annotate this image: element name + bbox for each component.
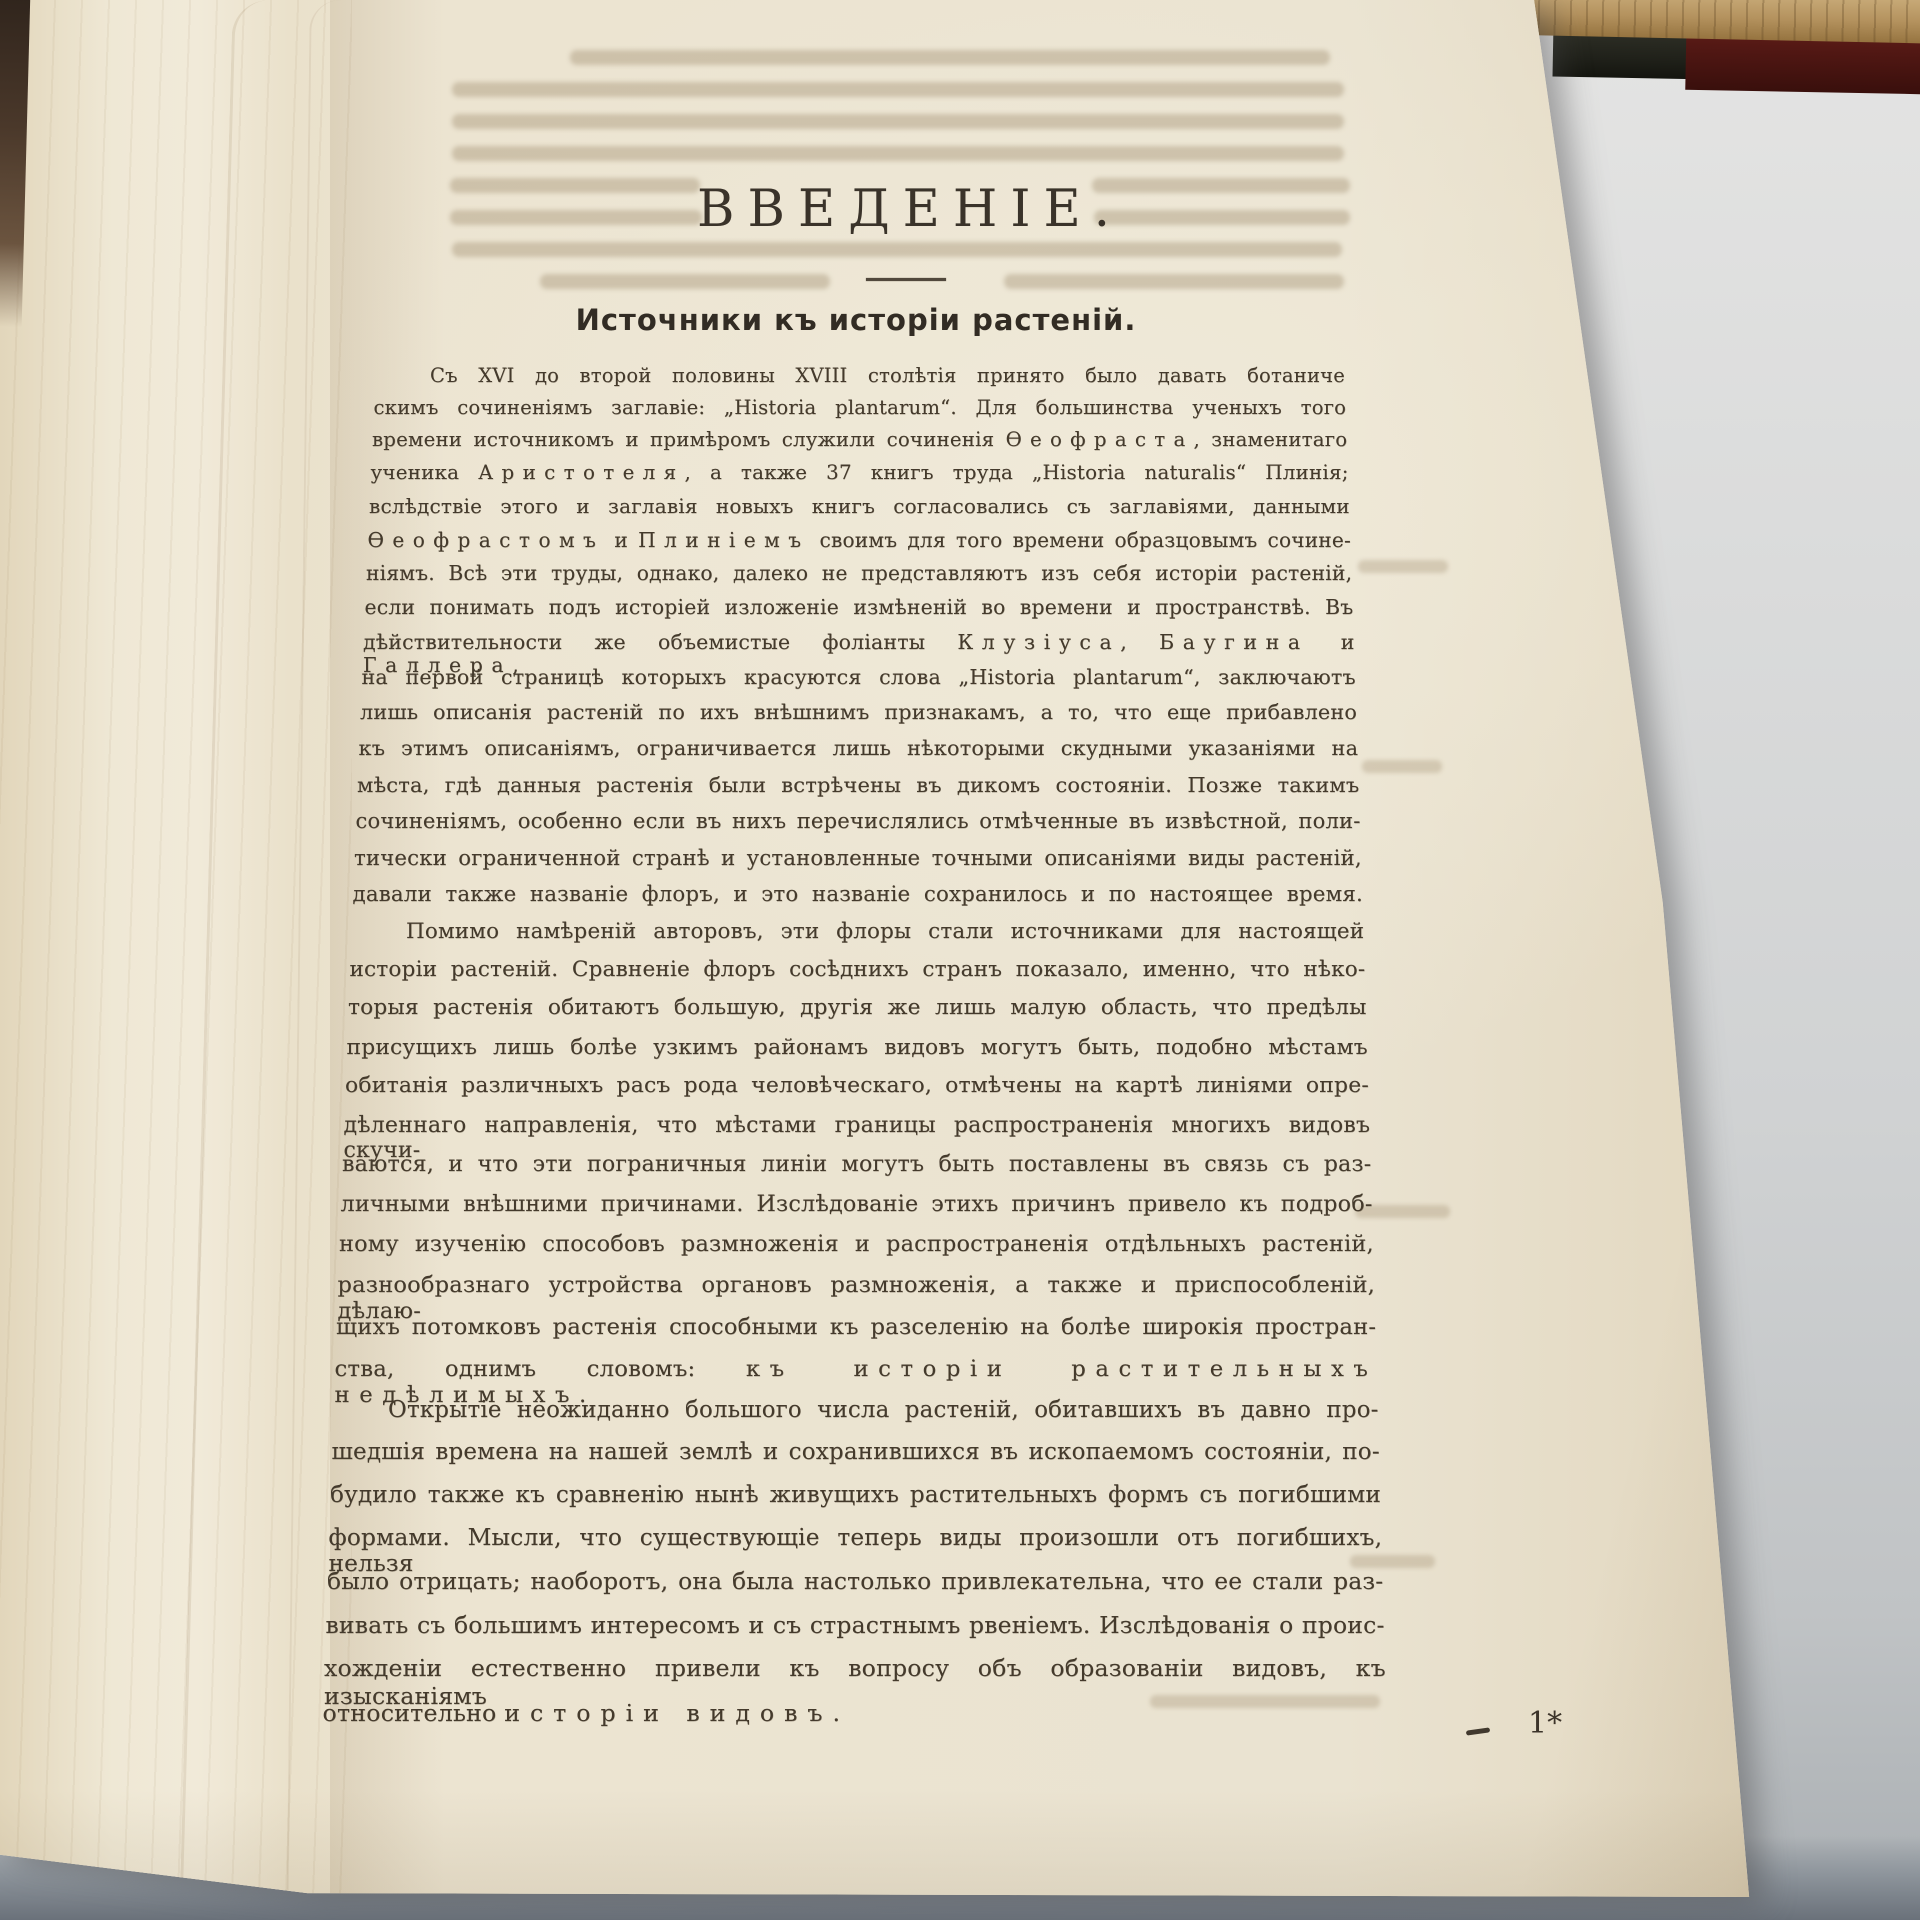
photo-of-open-book: ВВЕДЕНІЕ. Источники къ исторіи растеній.… [0,0,1920,1920]
text-line: шедшія времена на нашей землѣ и сохранив… [332,1439,1380,1465]
text-segment: и [604,528,638,552]
text-segment: обитанія различныхъ расъ рода человѣческ… [345,1073,1369,1098]
text-segment: ніямъ. Всѣ эти труды, однако, далеко не … [366,561,1352,585]
letterspaced-text: Клузіуса [957,630,1120,654]
text-line: если понимать подъ исторіей изложеніе из… [365,596,1354,619]
text-segment: тически ограниченной странѣ и установлен… [354,845,1362,870]
text-segment: и [1309,630,1355,654]
text-line: торыя растенія обитаютъ большую, другія … [348,996,1367,1021]
text-line: Ѳеофрастомъ и Плиніемъ своимъ для того в… [368,529,1352,552]
text-segment: шедшія времена на нашей землѣ и сохранив… [332,1439,1380,1465]
text-segment: лишь описанія растеній по ихъ внѣшнимъ п… [360,700,1357,724]
text-line: ніямъ. Всѣ эти труды, однако, далеко не … [366,562,1352,585]
text-line: относительно исторіи видовъ. [323,1700,1388,1727]
text-segment: на первой страницѣ которыхъ красуются сл… [362,665,1356,689]
text-line: скимъ сочиненіямъ заглавіе: „Historia pl… [374,397,1347,420]
text-line: ному изученію способовъ размноженія и ра… [339,1232,1374,1258]
text-segment: давали также названіе флоръ, и это назва… [353,882,1364,907]
text-line: исторіи растеній. Сравненіе флоръ сосѣдн… [350,958,1366,983]
text-line: будило также къ сравненію нынѣ живущихъ … [330,1482,1381,1509]
text-segment: относительно [323,1699,505,1727]
signature-mark: 1* [1528,1706,1562,1741]
letterspaced-text: исторіи видовъ [504,1699,832,1727]
text-segment: вивать съ большимъ интересомъ и съ страс… [326,1611,1385,1639]
text-line: вивать съ большимъ интересомъ и съ страс… [326,1612,1385,1639]
text-line: тически ограниченной странѣ и установлен… [354,846,1362,870]
text-line: Помимо намѣреній авторовъ, эти флоры ста… [351,920,1364,945]
text-segment: сочиненіямъ, особенно если въ нихъ переч… [356,808,1361,833]
letterspaced-text: Плиніемъ [638,528,809,552]
text-line: на первой страницѣ которыхъ красуются сл… [362,666,1356,690]
text-line: лишь описанія растеній по ихъ внѣшнимъ п… [360,701,1357,725]
text-line: ученика Аристотеля, а также 37 книгъ тру… [371,462,1349,485]
text-line: сочиненіямъ, особенно если въ нихъ переч… [356,809,1361,833]
text-block: Съ XVI до второй половины XVIII столѣтія… [0,0,1920,1920]
text-line: вслѣдствіе этого и заглавія новыхъ книгъ… [369,495,1350,518]
text-segment: вслѣдствіе этого и заглавія новыхъ книгъ… [369,494,1350,518]
text-segment: Помимо намѣреній авторовъ, эти флоры ста… [406,919,1364,944]
text-segment: скимъ сочиненіямъ заглавіе: „Historia pl… [374,396,1347,419]
text-segment: своимъ для того времени образцовымъ сочи… [809,528,1351,552]
text-line: было отрицать; наоборотъ, она была насто… [327,1568,1383,1595]
text-line: времени источникомъ и примѣромъ служили … [372,429,1347,452]
text-segment: , а также 37 книгъ труда „Historia natur… [685,461,1349,484]
text-segment: ваются, и что эти пограничныя линіи могу… [342,1151,1371,1177]
text-segment: щихъ потомковъ растенія способными къ ра… [336,1314,1376,1340]
text-segment: будило также къ сравненію нынѣ живущихъ … [330,1482,1381,1508]
text-line: къ этимъ описаніямъ, ограничивается лишь… [359,737,1359,761]
text-line: давали также названіе флоръ, и это назва… [353,883,1364,907]
text-segment: дѣйствительности же объемистые фоліанты [363,630,957,654]
book-page: ВВЕДЕНІЕ. Источники къ исторіи растеній.… [0,0,1920,1920]
text-segment: исторіи растеній. Сравненіе флоръ сосѣдн… [350,957,1366,982]
text-line: обитанія различныхъ расъ рода человѣческ… [345,1073,1369,1098]
text-line: Съ XVI до второй половины XVIII столѣтія… [375,365,1345,387]
text-segment: было отрицать; наоборотъ, она была насто… [327,1567,1383,1595]
text-segment: если понимать подъ исторіей изложеніе из… [365,595,1354,619]
text-segment: ученика [371,461,479,484]
text-line: личными внѣшними причинами. Изслѣдованіе… [341,1192,1373,1218]
text-segment: ства, однимъ словомъ: [335,1356,746,1382]
text-segment: , [1120,630,1159,654]
letterspaced-text: Баугина [1159,630,1309,654]
letterspaced-text: Аристотеля [478,461,684,484]
text-segment: торыя растенія обитаютъ большую, другія … [348,995,1367,1020]
text-line: ваются, и что эти пограничныя линіи могу… [342,1152,1371,1177]
letterspaced-text: Ѳеофраста [1006,428,1194,451]
text-segment: личными внѣшними причинами. Изслѣдованіе… [341,1191,1373,1217]
text-line: щихъ потомковъ растенія способными къ ра… [336,1314,1376,1340]
letterspaced-text: Ѳеофрастомъ [368,528,605,552]
text-segment: присущихъ лишь болѣе узкимъ районамъ вид… [347,1035,1368,1060]
text-segment: къ этимъ описаніямъ, ограничивается лишь… [359,736,1359,760]
text-line: Открытіе неожиданно большого числа расте… [333,1397,1379,1423]
text-segment: времени источникомъ и примѣромъ служили … [372,428,1006,451]
text-segment: . [832,1699,840,1727]
text-segment: , знаменитаго [1194,428,1348,451]
text-segment: Открытіе неожиданно большого числа расте… [388,1397,1379,1423]
text-line: мѣста, гдѣ данныя растенія были встрѣчен… [357,773,1359,797]
text-line: присущихъ лишь болѣе узкимъ районамъ вид… [347,1035,1368,1060]
book-page-wrap: ВВЕДЕНІЕ. Источники къ исторіи растеній.… [0,0,1920,1920]
text-segment: ному изученію способовъ размноженія и ра… [339,1231,1374,1257]
text-segment: мѣста, гдѣ данныя растенія были встрѣчен… [357,773,1359,797]
text-segment: Съ XVI до второй половины XVIII столѣтія… [430,364,1345,387]
